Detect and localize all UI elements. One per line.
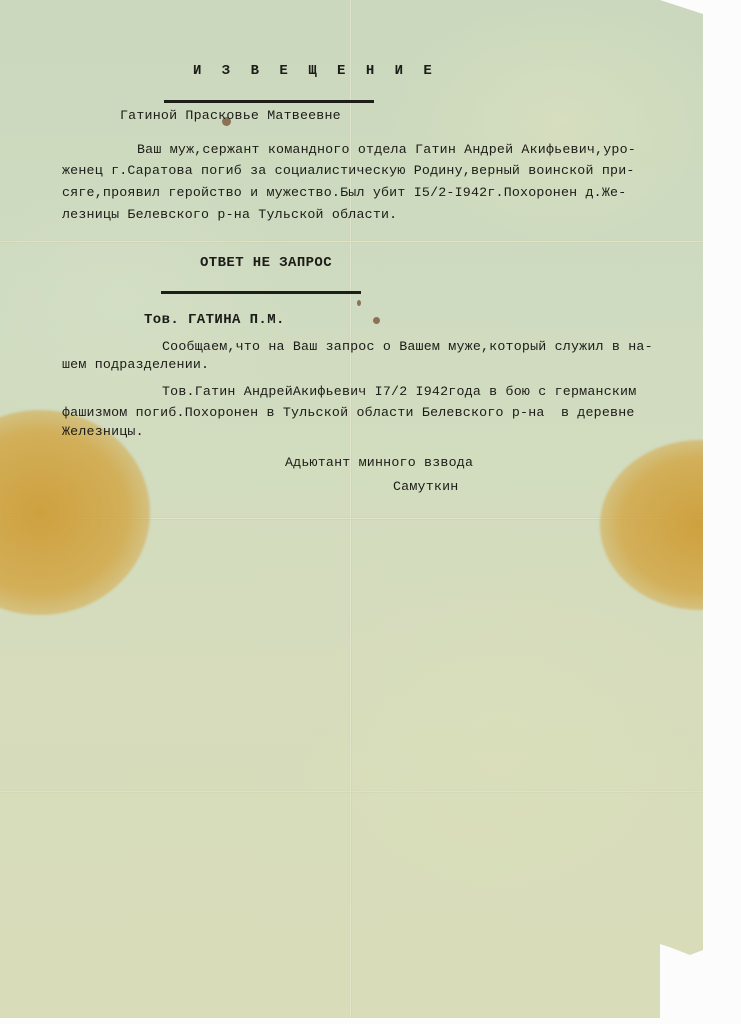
reply-title: ОТВЕТ НЕ ЗАПРОС: [200, 255, 332, 271]
signature-name: Самуткин: [393, 479, 458, 494]
reply-body-line: Тов.Гатин АндрейАкифьевич I7/2 I942года …: [162, 384, 636, 399]
notice-body-line: сяге,проявил геройство и мужество.Был уб…: [62, 185, 626, 200]
notice-addressee: Гатиной Прасковье Матвеевне: [120, 108, 341, 123]
title-underline: [164, 100, 374, 103]
reply-body-line: Сообщаем,что на Ваш запрос о Вашем муже,…: [162, 339, 653, 354]
reply-addressee: Тов. ГАТИНА П.М.: [144, 312, 285, 328]
notice-body-line: лезницы Белевского р-на Тульской области…: [62, 207, 397, 222]
reply-body-line: фашизмом погиб.Похоронен в Тульской обла…: [62, 405, 635, 420]
reply-title-underline: [161, 291, 361, 294]
notice-title: И З В Е Щ Е Н И Е: [193, 63, 438, 79]
reply-body-line: Железницы.: [62, 424, 144, 439]
notice-body-line: Ваш муж,сержант командного отдела Гатин …: [137, 142, 636, 157]
notice-body-line: женец г.Саратова погиб за социалистическ…: [62, 163, 635, 178]
reply-body-line: шем подразделении.: [62, 357, 209, 372]
document: И З В Е Щ Е Н И Е Гатиной Прасковье Матв…: [0, 0, 741, 1024]
signature-title: Адьютант минного взвода: [285, 455, 473, 470]
